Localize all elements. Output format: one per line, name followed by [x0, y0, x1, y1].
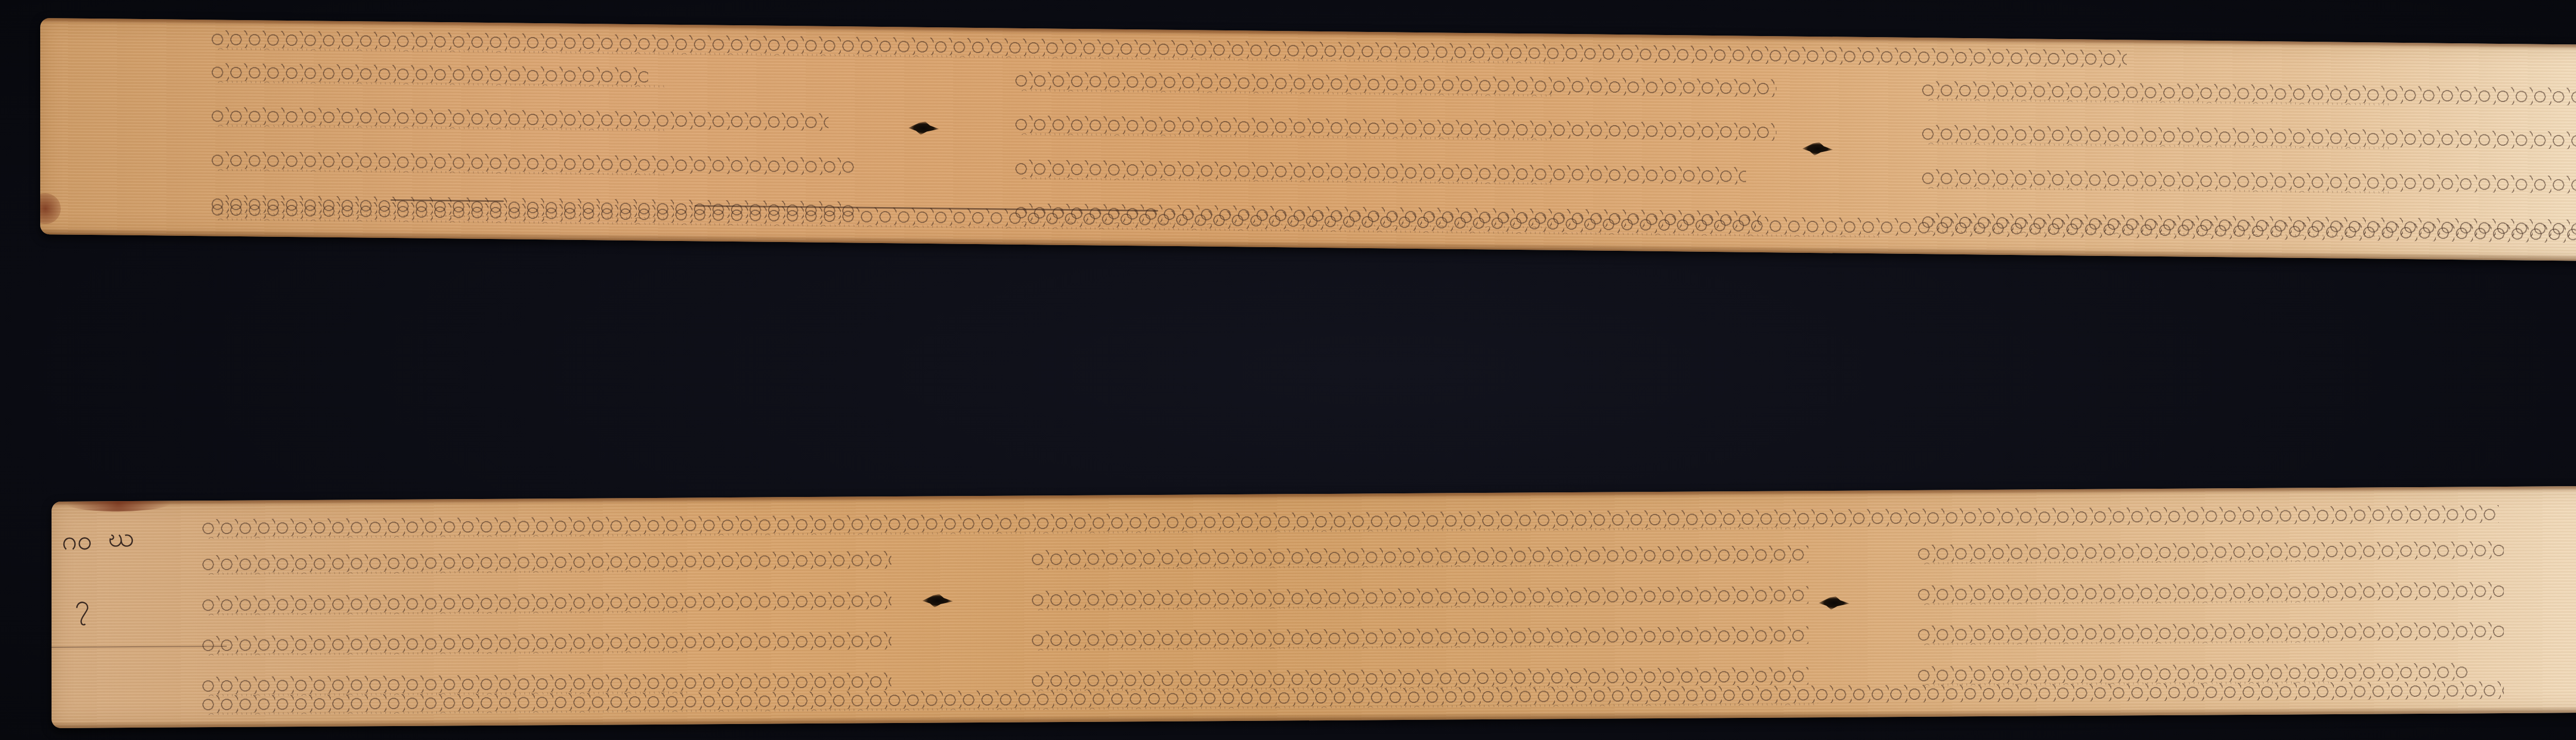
text-column-3 [1921, 78, 2576, 239]
string-hole-right [1802, 142, 1833, 156]
text-column-3 [1917, 538, 2504, 686]
script-line [1030, 542, 1808, 570]
script-line [1917, 538, 2504, 564]
string-hole-left [922, 594, 953, 607]
palm-leaf-top [40, 18, 2576, 262]
folio-mark: ၇ [75, 592, 90, 618]
script-line [1921, 166, 2576, 196]
script-line [210, 148, 854, 177]
script-line [1917, 579, 2504, 605]
script-line [1921, 78, 2576, 108]
script-line [1014, 68, 1776, 99]
script-line [201, 629, 891, 656]
folio-mark: ဂ၀ [62, 527, 92, 554]
string-hole-right [1819, 596, 1850, 610]
text-column-1 [210, 60, 854, 221]
script-line [1921, 122, 2576, 151]
ruled-guideline [52, 646, 227, 648]
script-line [1014, 156, 1776, 186]
script-line [1014, 112, 1776, 143]
edge-stain [40, 193, 61, 225]
script-line [210, 60, 854, 89]
text-column-1 [201, 548, 891, 696]
text-column-2 [1030, 542, 1808, 691]
script-line [210, 104, 854, 133]
string-hole-left [908, 122, 939, 135]
folio-mark: ဃ [108, 524, 134, 551]
script-line [1917, 619, 2504, 645]
script-line [1030, 583, 1808, 610]
script-line [201, 589, 891, 615]
script-line [1030, 624, 1808, 651]
script-line [201, 548, 891, 575]
palm-leaf-bottom: ဂ၀ ဃ ၇ [52, 485, 2576, 728]
text-column-2 [1014, 68, 1776, 231]
text-line-full-width [201, 502, 2499, 546]
script-line [201, 502, 2499, 539]
